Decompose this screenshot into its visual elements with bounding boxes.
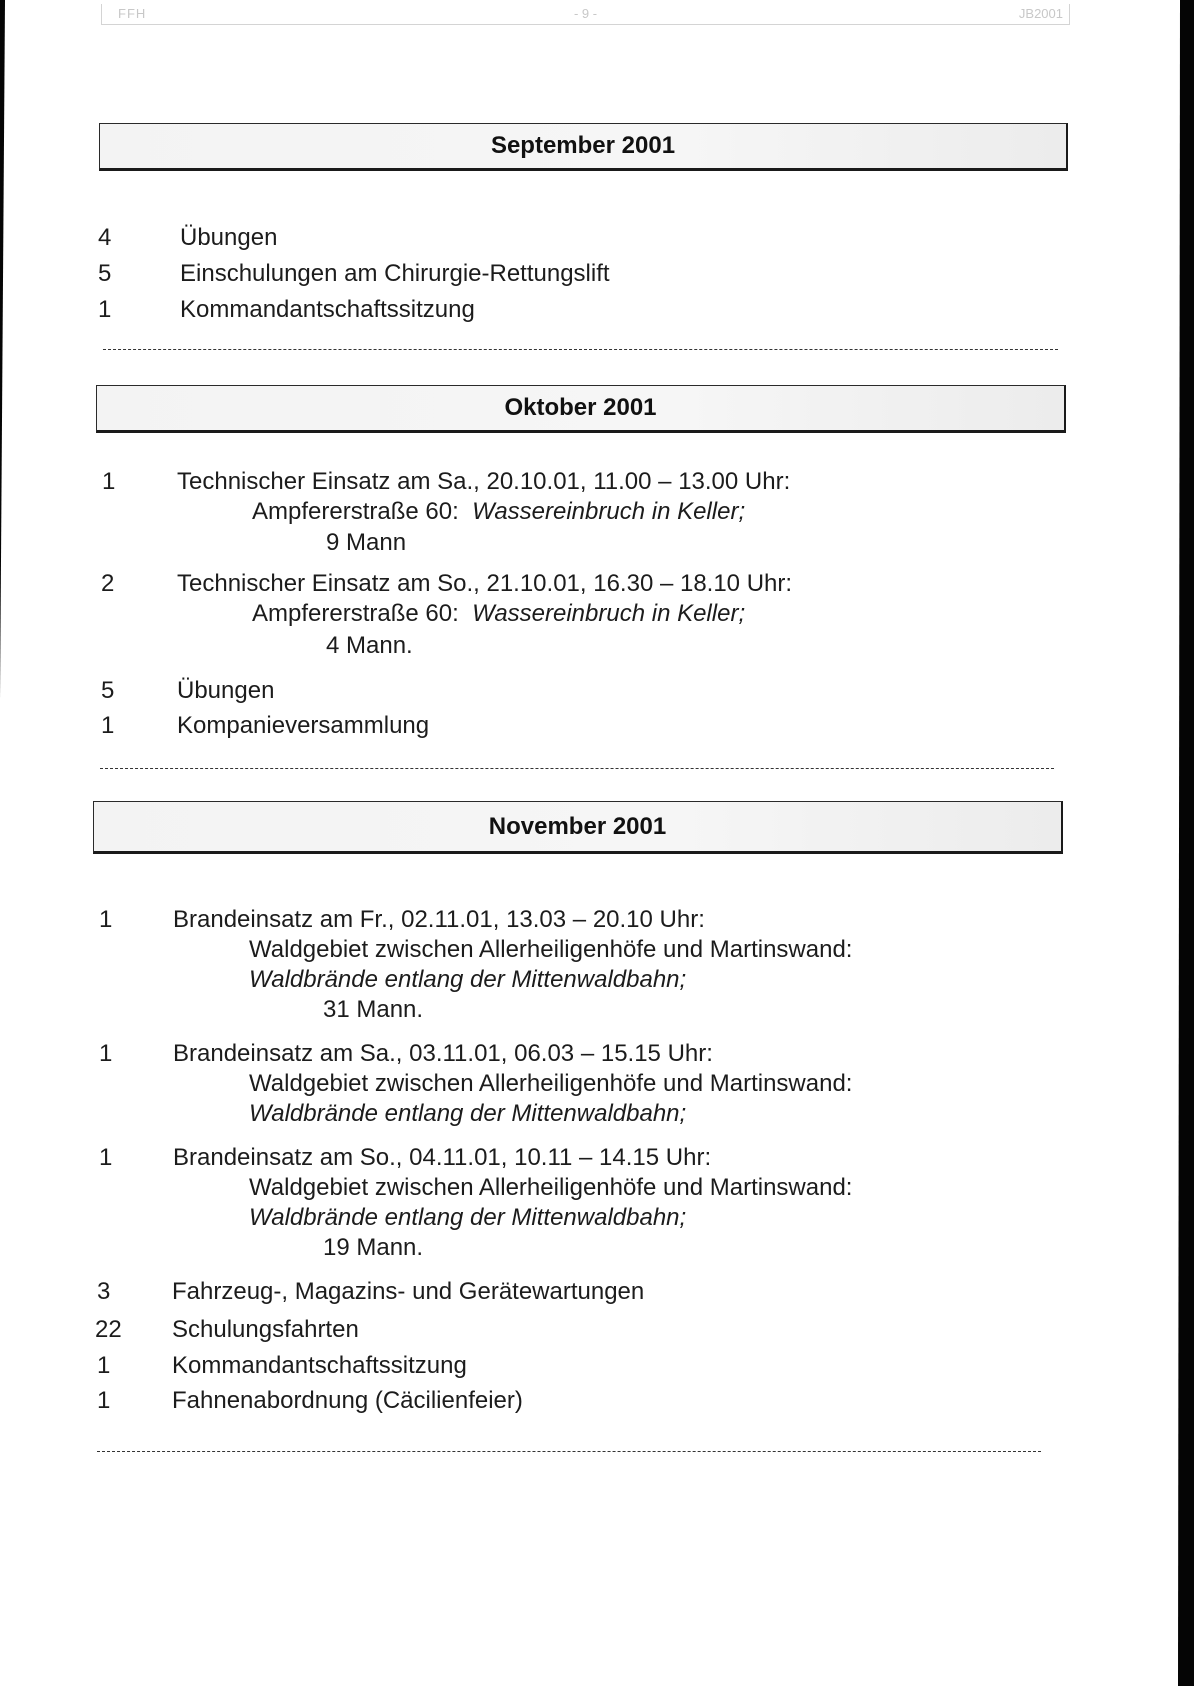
month-header-november: November 2001 [93, 801, 1063, 854]
operation-location: Waldgebiet zwischen Allerheiligenhöfe un… [249, 1070, 852, 1098]
page-header: FFH - 9 - JB2001 [101, 4, 1070, 25]
item-count: 1 [98, 296, 111, 324]
operation-count: 1 [102, 468, 115, 496]
item-count: 5 [98, 260, 111, 288]
item-text: Übungen [177, 677, 274, 705]
item-text: Kommandantschaftssitzung [180, 296, 475, 324]
operation-location: Waldgebiet zwischen Allerheiligenhöfe un… [249, 936, 852, 964]
operation-description-text: Waldbrände entlang der Mittenwaldbahn; [249, 1100, 686, 1127]
operation-crew: 9 Mann [326, 529, 406, 557]
operation-title: Brandeinsatz am Sa., 03.11.01, 06.03 – 1… [173, 1040, 713, 1068]
operation-description-text: Waldbrände entlang der Mittenwaldbahn; [249, 966, 686, 993]
section-divider [100, 768, 1054, 769]
item-count: 22 [95, 1316, 122, 1344]
item-count: 1 [101, 712, 114, 740]
operation-description-text: Waldbrände entlang der Mittenwaldbahn; [249, 1204, 686, 1231]
operation-location: Ampfererstraße 60: [252, 498, 459, 525]
header-doc-id: JB2001 [1019, 6, 1063, 21]
operation-title: Brandeinsatz am So., 04.11.01, 10.11 – 1… [173, 1144, 711, 1172]
operation-count: 1 [99, 1040, 112, 1068]
operation-count: 2 [101, 570, 114, 598]
item-count: 5 [101, 677, 114, 705]
month-title: Oktober 2001 [504, 394, 656, 422]
month-title: September 2001 [491, 132, 675, 160]
operation-description: Waldbrände entlang der Mittenwaldbahn; [249, 1100, 686, 1128]
operation-location: Ampfererstraße 60: [252, 600, 459, 627]
operation-crew: 31 Mann. [323, 996, 423, 1024]
item-count: 1 [97, 1387, 110, 1415]
page-number: - 9 - [102, 6, 1069, 21]
operation-location-line: Ampfererstraße 60: Wassereinbruch in Kel… [252, 600, 745, 628]
item-text: Schulungsfahrten [172, 1316, 359, 1344]
item-count: 4 [98, 224, 111, 252]
month-header-oktober: Oktober 2001 [96, 385, 1066, 433]
item-text: Kompanieversammlung [177, 712, 429, 740]
section-divider [103, 349, 1058, 350]
operation-crew: 19 Mann. [323, 1234, 423, 1262]
month-header-september: September 2001 [99, 123, 1068, 171]
operation-description: Wassereinbruch in Keller; [472, 498, 745, 525]
month-title: November 2001 [489, 813, 666, 841]
item-count: 1 [97, 1352, 110, 1380]
scan-edge-right [1178, 0, 1194, 1686]
operation-location-line: Ampfererstraße 60: Wassereinbruch in Kel… [252, 498, 745, 526]
operation-title: Brandeinsatz am Fr., 02.11.01, 13.03 – 2… [173, 906, 705, 934]
operation-location: Waldgebiet zwischen Allerheiligenhöfe un… [249, 1174, 852, 1202]
operation-description: Wassereinbruch in Keller; [472, 600, 745, 627]
section-divider [97, 1451, 1041, 1452]
operation-description: Waldbrände entlang der Mittenwaldbahn; [249, 1204, 686, 1232]
item-text: Fahrzeug-, Magazins- und Gerätewartungen [172, 1278, 644, 1306]
item-text: Kommandantschaftssitzung [172, 1352, 467, 1380]
item-text: Übungen [180, 224, 277, 252]
operation-description: Waldbrände entlang der Mittenwaldbahn; [249, 966, 686, 994]
scan-edge-left [0, 0, 5, 700]
item-text: Fahnenabordnung (Cäcilienfeier) [172, 1387, 523, 1415]
operation-crew: 4 Mann. [326, 632, 413, 660]
operation-count: 1 [99, 1144, 112, 1172]
operation-title: Technischer Einsatz am Sa., 20.10.01, 11… [177, 468, 790, 496]
item-text: Einschulungen am Chirurgie-Rettungslift [180, 260, 610, 288]
item-count: 3 [97, 1278, 110, 1306]
operation-title: Technischer Einsatz am So., 21.10.01, 16… [177, 570, 792, 598]
operation-count: 1 [99, 906, 112, 934]
